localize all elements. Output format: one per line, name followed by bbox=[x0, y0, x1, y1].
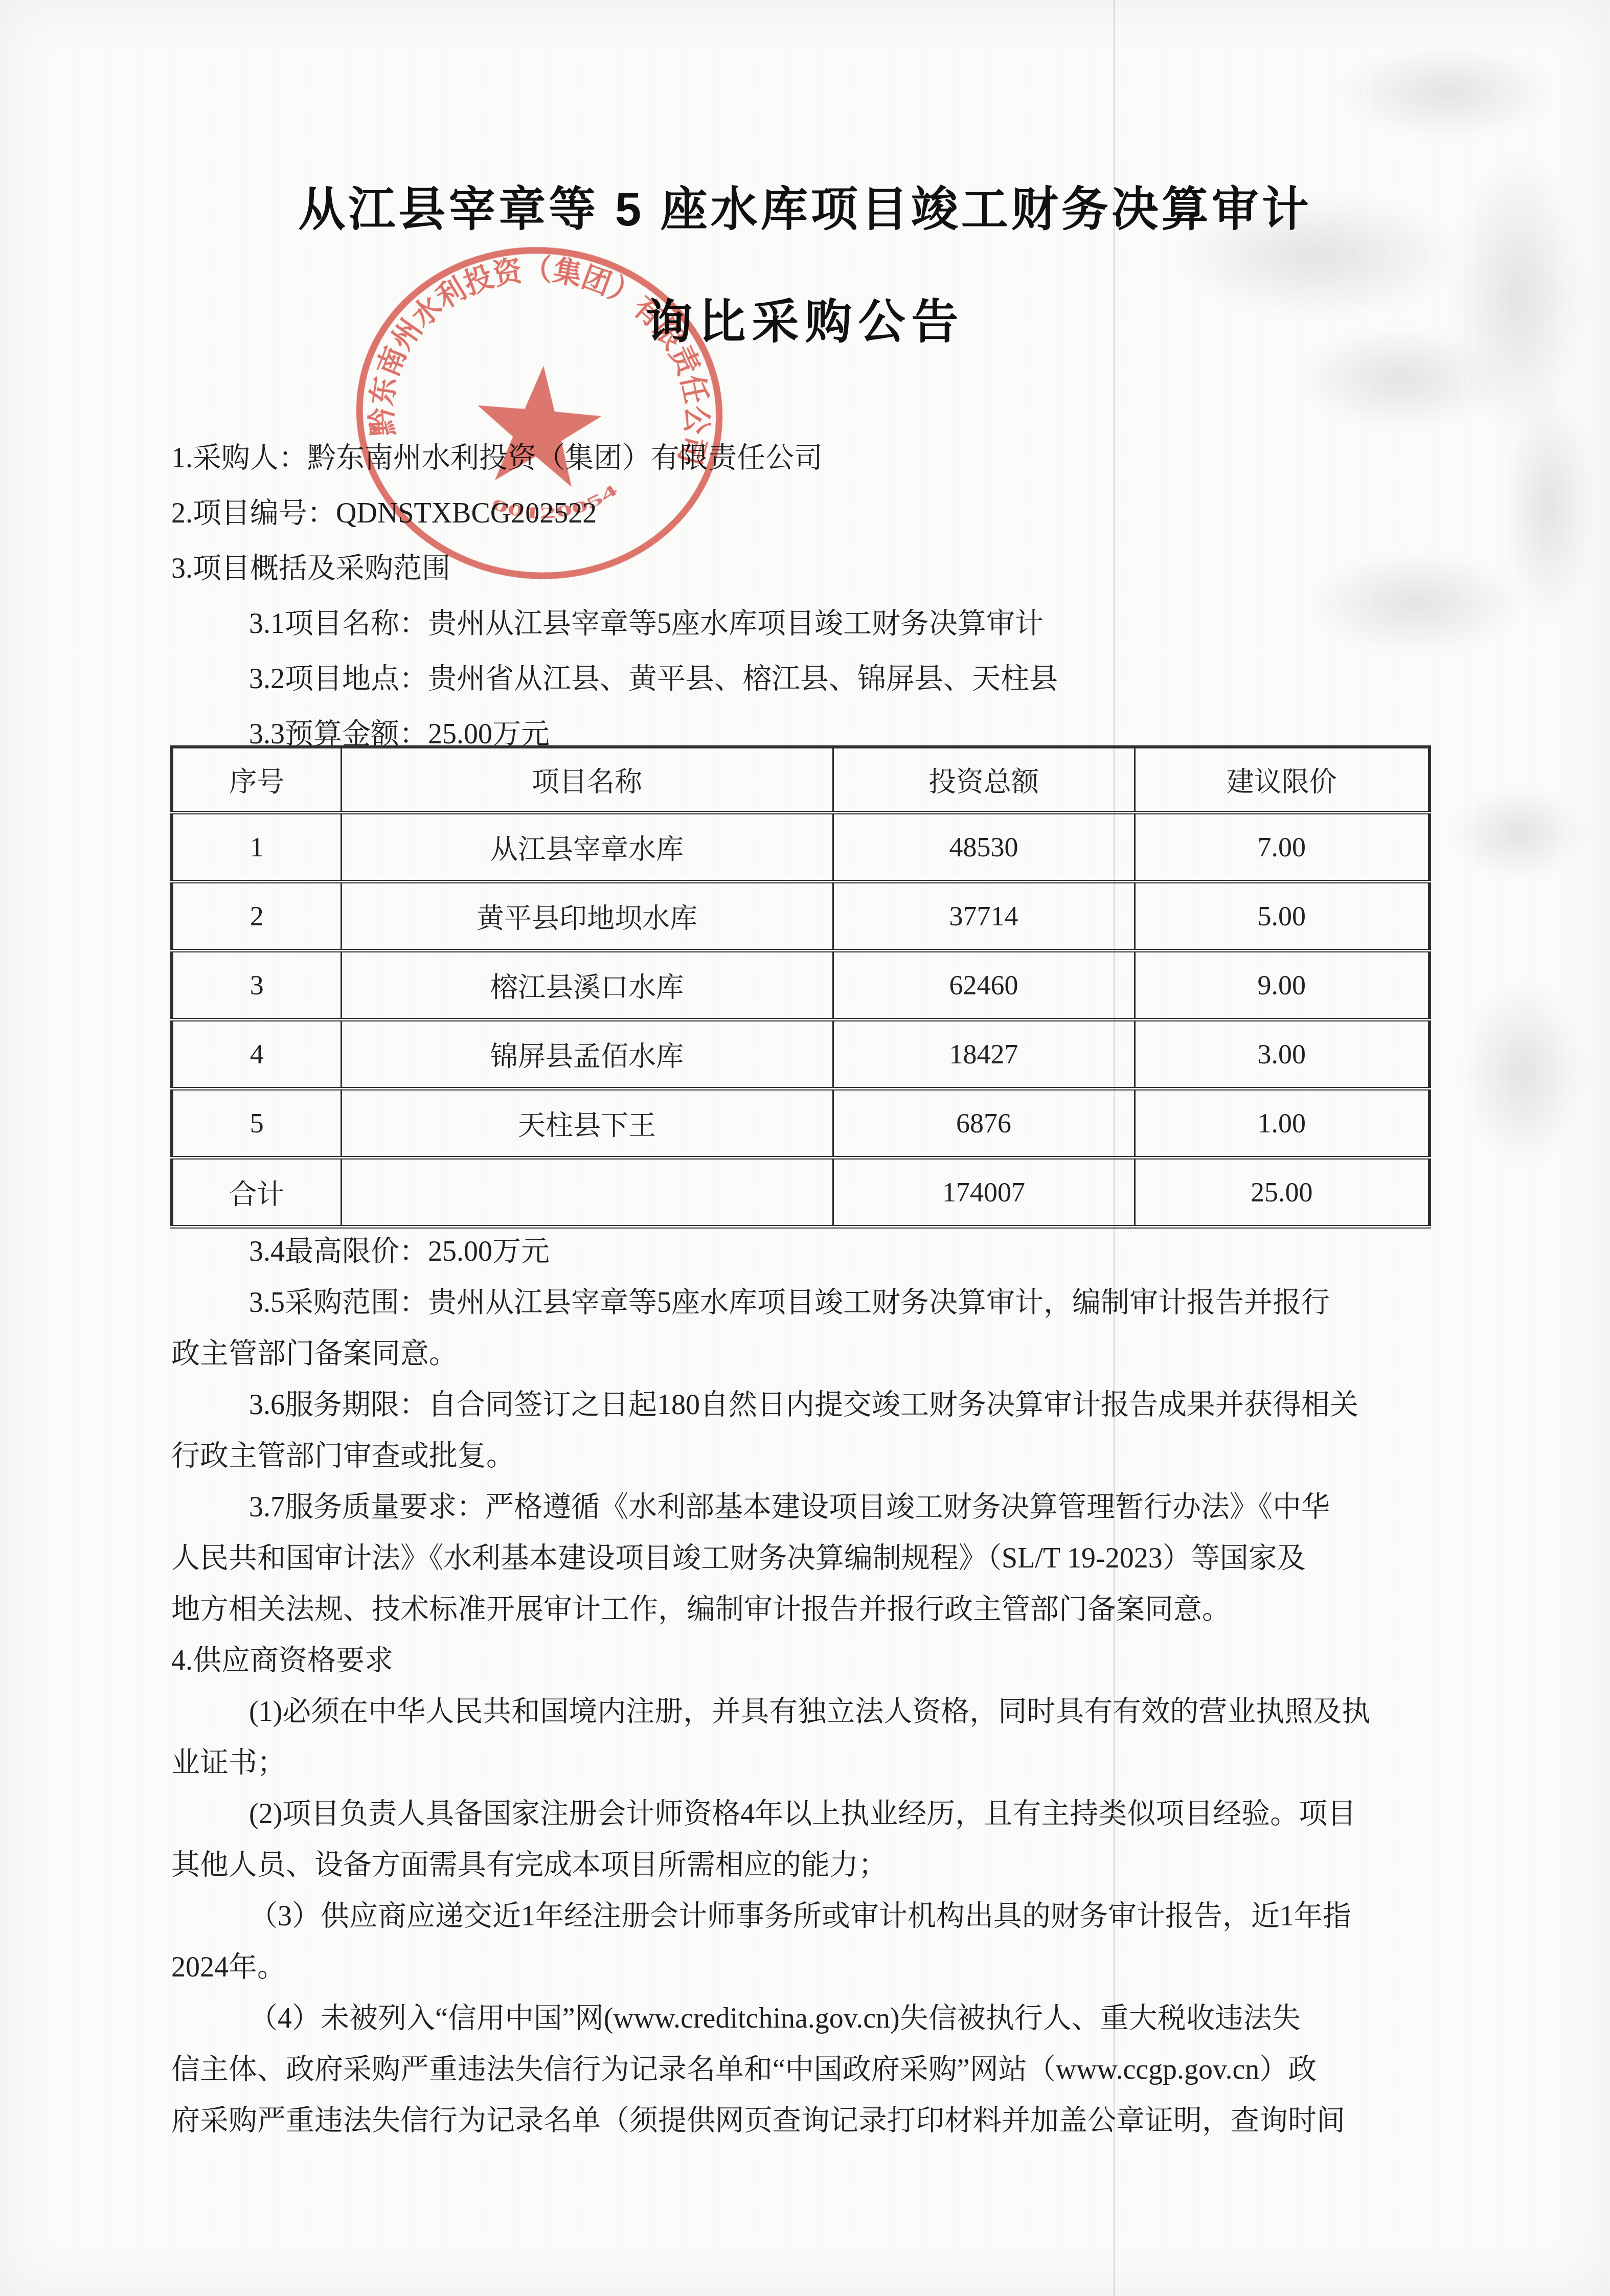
table-row: 4 锦屏县孟佰水库 18427 3.00 bbox=[172, 1020, 1430, 1089]
header-name: 项目名称 bbox=[341, 747, 833, 813]
investment-cell: 6876 bbox=[833, 1089, 1135, 1158]
seq-cell: 4 bbox=[172, 1020, 341, 1089]
req1-line-1: (1)必须在中华人民共和国境内注册，并具有独立法人资格，同时具有有效的营业执照及… bbox=[171, 1686, 1370, 1737]
seq-cell: 合计 bbox=[172, 1158, 341, 1227]
intro-section: 1.采购人：黔东南州水利投资（集团）有限责任公司 2.项目编号：QDNSTXBC… bbox=[171, 430, 1058, 762]
scanned-document-page: 从江县宰章等 5 座水库项目竣工财务决算审计 询比采购公告 1.采购人：黔东南州… bbox=[0, 0, 1610, 2296]
investment-cell: 62460 bbox=[833, 951, 1135, 1020]
quality-req-line-1: 3.7服务质量要求：严格遵循《水利部基本建设项目竣工财务决算管理暂行办法》《中华 bbox=[171, 1482, 1370, 1533]
scan-smudge bbox=[1503, 389, 1595, 624]
scan-smudge bbox=[1462, 982, 1585, 1166]
service-period-line-1: 3.6服务期限：自合同签订之日起180自然日内提交竣工财务决算审计报告成果并获得… bbox=[171, 1379, 1370, 1430]
procurement-scope-line-2: 政主管部门备案同意。 bbox=[171, 1328, 1370, 1379]
req2-line-1: (2)项目负责人具备国家注册会计师资格4年以上执业经历，且有主持类似项目经验。项… bbox=[171, 1788, 1370, 1839]
price-cell: 3.00 bbox=[1135, 1020, 1430, 1089]
table-header-row: 序号 项目名称 投资总额 建议限价 bbox=[172, 747, 1430, 813]
name-cell: 天柱县下王 bbox=[341, 1089, 833, 1158]
header-investment: 投资总额 bbox=[833, 747, 1135, 813]
service-period-line-2: 行政主管部门审查或批复。 bbox=[171, 1430, 1370, 1482]
investment-cell: 174007 bbox=[833, 1158, 1135, 1227]
price-cell: 25.00 bbox=[1135, 1158, 1430, 1227]
req3-line-1: （3）供应商应递交近1年经注册会计师事务所或审计机构出具的财务审计报告，近1年指 bbox=[171, 1891, 1370, 1942]
quality-req-line-3: 地方相关法规、技术标准开展审计工作，编制审计报告并报行政主管部门备案同意。 bbox=[171, 1584, 1370, 1635]
req4-line-3: 府采购严重违法失信行为记录名单（须提供网页查询记录打印材料并加盖公章证明，查询时… bbox=[171, 2095, 1370, 2146]
seq-cell: 5 bbox=[172, 1089, 341, 1158]
table-row: 3 榕江县溪口水库 62460 9.00 bbox=[172, 951, 1430, 1020]
document-title-line2: 询比采购公告 bbox=[0, 284, 1610, 352]
scan-smudge bbox=[1309, 552, 1524, 654]
procurement-scope-line-1: 3.5采购范围：贵州从江县宰章等5座水库项目竣工财务决算审计，编制审计报告并报行 bbox=[171, 1277, 1370, 1328]
price-cell: 9.00 bbox=[1135, 951, 1430, 1020]
table-total-row: 合计 174007 25.00 bbox=[172, 1158, 1430, 1227]
project-location-line: 3.2项目地点：贵州省从江县、黄平县、榕江县、锦屏县、天柱县 bbox=[171, 651, 1058, 707]
scan-smudge bbox=[1452, 787, 1585, 879]
seq-cell: 2 bbox=[172, 882, 341, 951]
project-number-line: 2.项目编号：QDNSTXBCG202522 bbox=[171, 486, 1058, 541]
investment-cell: 48530 bbox=[833, 813, 1135, 882]
req1-line-2: 业证书； bbox=[171, 1737, 1370, 1788]
document-title-line1: 从江县宰章等 5 座水库项目竣工财务决算审计 bbox=[0, 172, 1610, 239]
req4-line-2: 信主体、政府采购严重违法失信行为记录名单和“中国政府采购”网站（www.ccgp… bbox=[171, 2044, 1370, 2095]
seq-cell: 1 bbox=[172, 813, 341, 882]
scope-heading-line: 3.项目概括及采购范围 bbox=[171, 541, 1058, 596]
max-price-line: 3.4最高限价：25.00万元 bbox=[171, 1226, 1370, 1277]
req2-line-2: 其他人员、设备方面需具有完成本项目所需相应的能力； bbox=[171, 1839, 1370, 1891]
table-row: 5 天柱县下王 6876 1.00 bbox=[172, 1089, 1430, 1158]
req3-line-2: 2024年。 bbox=[171, 1942, 1370, 1993]
req4-line-1: （4）未被列入“信用中国”网(www.creditchina.gov.cn)失信… bbox=[171, 1993, 1370, 2044]
scan-smudge bbox=[1340, 46, 1554, 138]
investment-cell: 18427 bbox=[833, 1020, 1135, 1089]
header-price: 建议限价 bbox=[1135, 747, 1430, 813]
name-cell: 黄平县印地坝水库 bbox=[341, 882, 833, 951]
header-seq: 序号 bbox=[172, 747, 341, 813]
quality-req-line-2: 人民共和国审计法》《水利基本建设项目竣工财务决算编制规程》（SL/T 19-20… bbox=[171, 1533, 1370, 1584]
supplier-req-heading: 4.供应商资格要求 bbox=[171, 1635, 1370, 1686]
table-row: 1 从江县宰章水库 48530 7.00 bbox=[172, 813, 1430, 882]
price-cell: 7.00 bbox=[1135, 813, 1430, 882]
project-name-line: 3.1项目名称：贵州从江县宰章等5座水库项目竣工财务决算审计 bbox=[171, 596, 1058, 651]
investment-cell: 37714 bbox=[833, 882, 1135, 951]
name-cell: 榕江县溪口水库 bbox=[341, 951, 833, 1020]
seq-cell: 3 bbox=[172, 951, 341, 1020]
name-cell: 从江县宰章水库 bbox=[341, 813, 833, 882]
projects-table: 序号 项目名称 投资总额 建议限价 1 从江县宰章水库 48530 7.00 2… bbox=[170, 745, 1431, 1229]
body-section: 3.4最高限价：25.00万元 3.5采购范围：贵州从江县宰章等5座水库项目竣工… bbox=[171, 1226, 1370, 2146]
table-row: 2 黄平县印地坝水库 37714 5.00 bbox=[172, 882, 1430, 951]
price-cell: 5.00 bbox=[1135, 882, 1430, 951]
price-cell: 1.00 bbox=[1135, 1089, 1430, 1158]
name-cell: 锦屏县孟佰水库 bbox=[341, 1020, 833, 1089]
purchaser-line: 1.采购人：黔东南州水利投资（集团）有限责任公司 bbox=[171, 430, 1058, 486]
name-cell bbox=[341, 1158, 833, 1227]
